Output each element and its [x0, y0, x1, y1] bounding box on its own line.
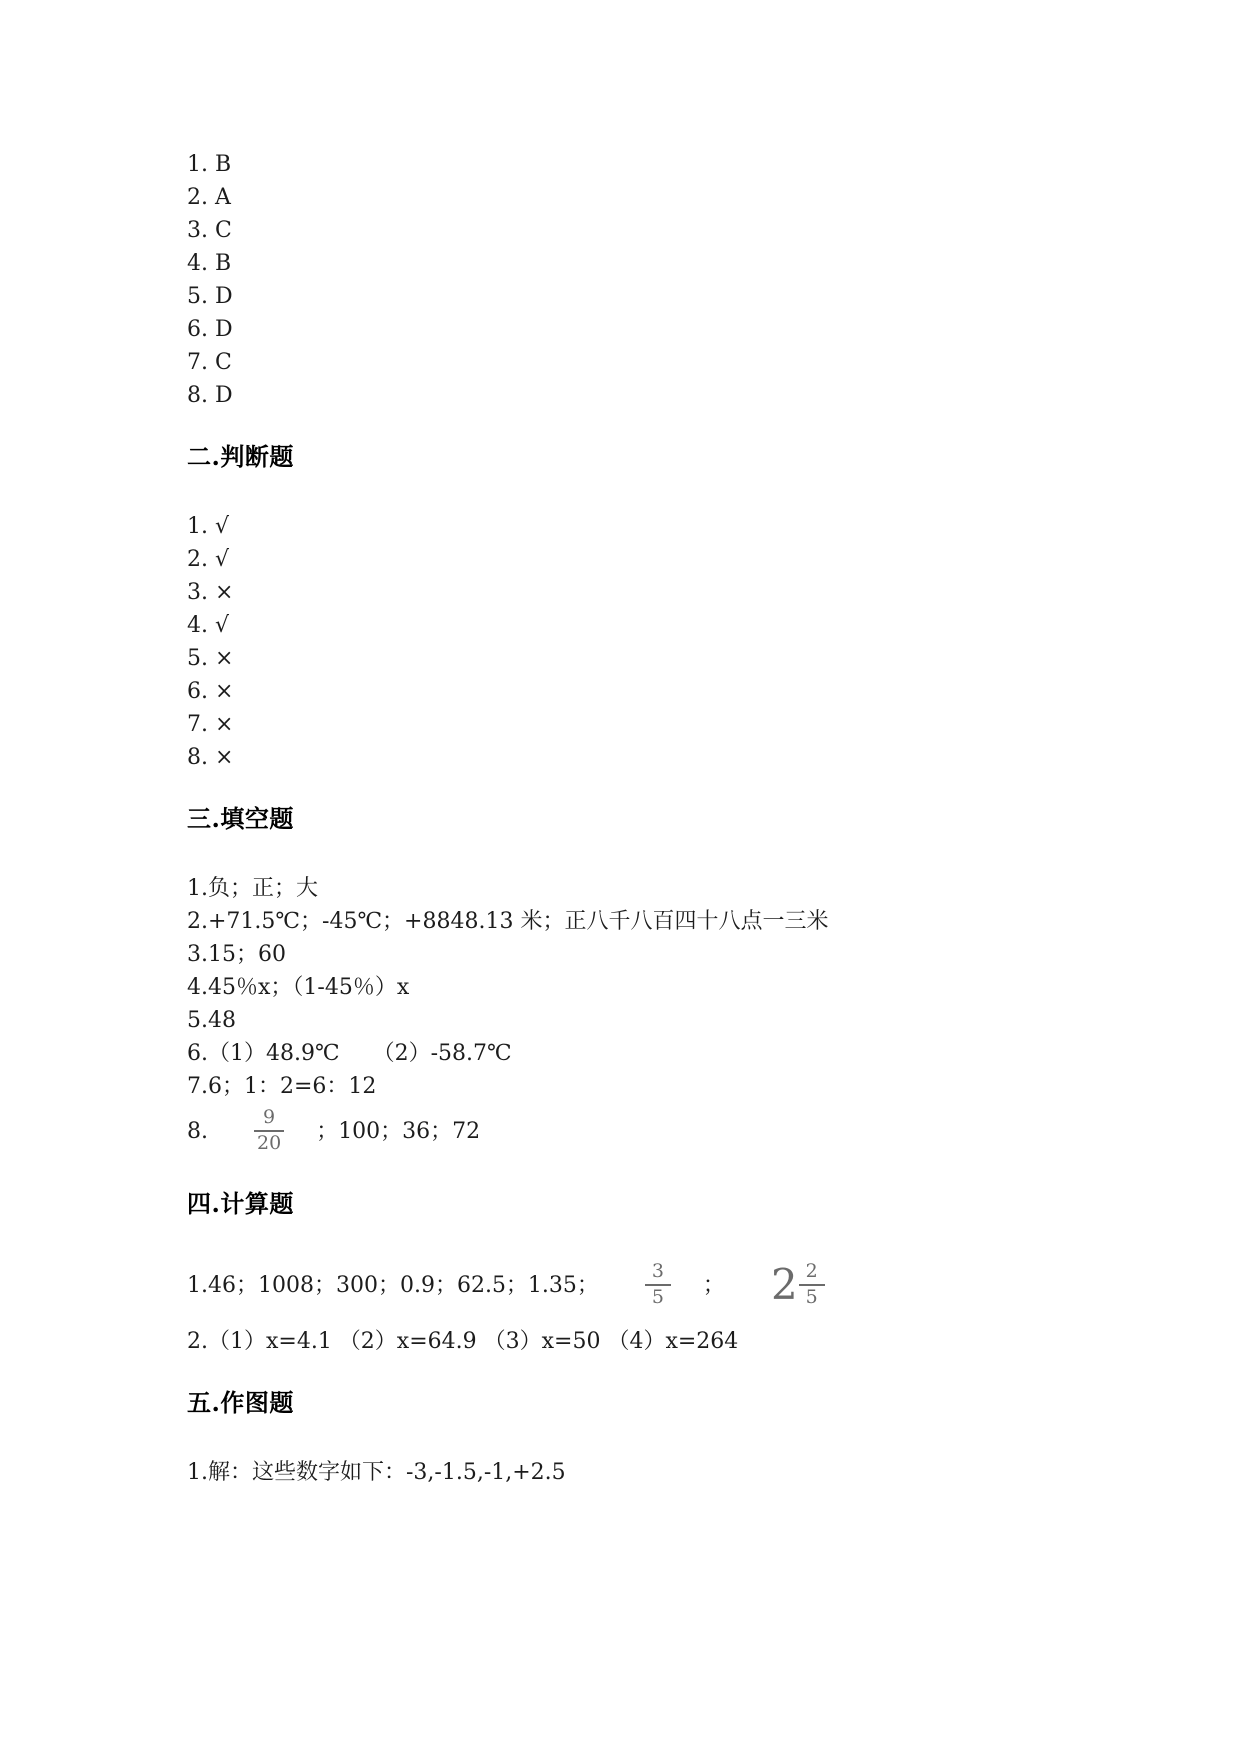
answer-line: 7. × [187, 708, 1151, 741]
answer-line: 2.+71.5℃；-45℃；+8848.13 米；正八千八百四十八点一三米 [187, 905, 1151, 938]
answer-text: ；100；36；72 [316, 1115, 480, 1148]
fraction-denominator: 20 [254, 1134, 284, 1154]
mixed-number: 225 [771, 1262, 825, 1308]
fraction-numerator: 9 [260, 1108, 278, 1128]
answer-line: 2. A [187, 181, 1151, 214]
fraction: 25 [799, 1262, 825, 1308]
answer-line: 2. √ [187, 543, 1151, 576]
section-heading: 四.计算题 [187, 1189, 1151, 1219]
answer-sheet-page: 1. B2. A3. C4. B5. D6. D7. C8. D二.判断题1. … [0, 0, 1241, 1755]
answer-line: 3. × [187, 576, 1151, 609]
fraction: 920 [254, 1108, 284, 1154]
section-calculation-answers: 四.计算题1.46；1008；300；0.9；62.5；1.35；35；2252… [187, 1189, 1151, 1358]
section-drawing-answers: 五.作图题1.解：这些数字如下：-3,-1.5,-1,+2.5 [187, 1388, 1151, 1489]
section-multiple-choice-answers: 1. B2. A3. C4. B5. D6. D7. C8. D [187, 148, 1151, 412]
answer-line: 4. B [187, 247, 1151, 280]
answer-line: 1.解：这些数字如下：-3,-1.5,-1,+2.5 [187, 1456, 1151, 1489]
fraction: 35 [645, 1262, 671, 1308]
answer-line: 8.920；100；36；72 [187, 1103, 1151, 1159]
answer-line: 1.负；正；大 [187, 872, 1151, 905]
answer-text: 8. [187, 1115, 208, 1148]
answer-line: 7.6；1：2=6：12 [187, 1070, 1151, 1103]
answer-line: 6.（1）48.9℃ （2）-58.7℃ [187, 1037, 1151, 1070]
fraction-denominator: 5 [649, 1288, 667, 1308]
answer-line: 2.（1）x=4.1 （2）x=64.9 （3）x=50 （4）x=264 [187, 1325, 1151, 1358]
answer-text: ； [703, 1269, 725, 1302]
section-true-false-answers: 二.判断题1. √2. √3. ×4. √5. ×6. ×7. ×8. × [187, 442, 1151, 774]
answer-line: 4. √ [187, 609, 1151, 642]
fraction-numerator: 3 [649, 1262, 667, 1282]
fraction-numerator: 2 [803, 1262, 821, 1282]
answer-line: 6. D [187, 313, 1151, 346]
answer-line: 4.45％x；（1-45％）x [187, 971, 1151, 1004]
answer-line: 1. √ [187, 510, 1151, 543]
answer-line: 5. D [187, 280, 1151, 313]
answer-line: 5. × [187, 642, 1151, 675]
answer-line: 6. × [187, 675, 1151, 708]
section-heading: 二.判断题 [187, 442, 1151, 472]
fraction-denominator: 5 [803, 1288, 821, 1308]
answer-line: 5.48 [187, 1004, 1151, 1037]
mixed-number-whole: 2 [771, 1264, 798, 1306]
section-heading: 五.作图题 [187, 1388, 1151, 1418]
answer-line: 1.46；1008；300；0.9；62.5；1.35；35；225 [187, 1257, 1151, 1313]
answer-line: 8. D [187, 379, 1151, 412]
section-heading: 三.填空题 [187, 804, 1151, 834]
answer-line: 7. C [187, 346, 1151, 379]
answer-text: 1.46；1008；300；0.9；62.5；1.35； [187, 1269, 599, 1302]
answer-line: 1. B [187, 148, 1151, 181]
answer-line: 3. C [187, 214, 1151, 247]
answer-document: 1. B2. A3. C4. B5. D6. D7. C8. D二.判断题1. … [0, 0, 1241, 1489]
answer-line: 8. × [187, 741, 1151, 774]
answer-line: 3.15；60 [187, 938, 1151, 971]
section-fill-in-blank-answers: 三.填空题1.负；正；大2.+71.5℃；-45℃；+8848.13 米；正八千… [187, 804, 1151, 1159]
